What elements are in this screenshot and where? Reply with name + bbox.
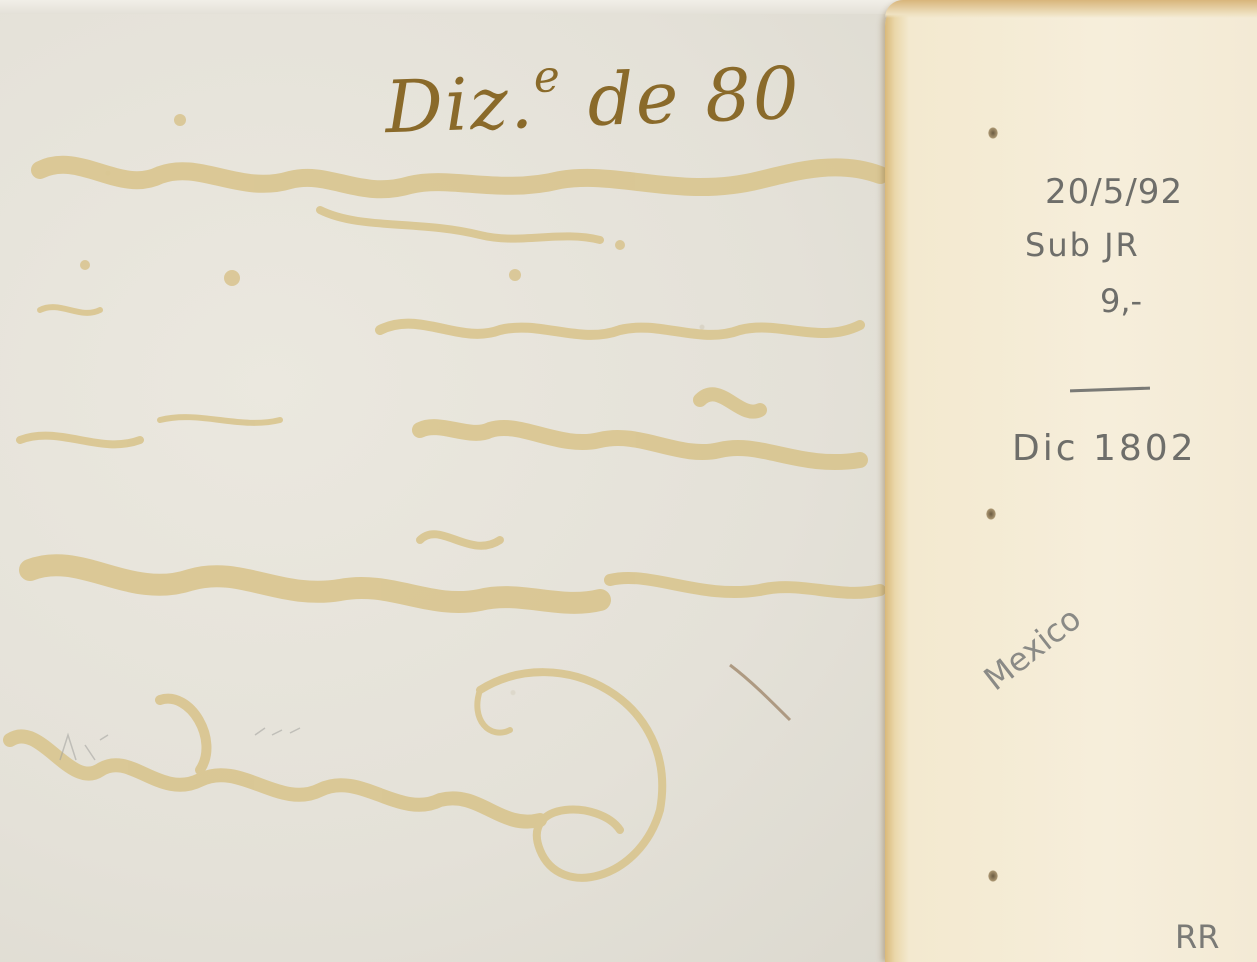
archival-slip bbox=[885, 0, 1257, 962]
punch-hole bbox=[986, 508, 996, 520]
pencil-note-price: 9,- bbox=[1100, 282, 1142, 320]
pencil-note-date2: Dic 1802 bbox=[1012, 428, 1197, 469]
heading-main: Diz. bbox=[384, 60, 536, 149]
pencil-note-initials: RR bbox=[1175, 918, 1219, 956]
heading-superscript: e bbox=[533, 51, 563, 103]
punch-hole bbox=[988, 127, 998, 139]
document-heading: Diz.e de 80 bbox=[384, 51, 802, 149]
punch-hole bbox=[988, 870, 998, 882]
pencil-note-sub: Sub JR bbox=[1025, 226, 1140, 264]
pencil-note-date: 20/5/92 bbox=[1045, 172, 1183, 212]
document-sheet: Diz.e de 80 bbox=[0, 0, 900, 962]
heading-rest: de 80 bbox=[561, 51, 802, 143]
